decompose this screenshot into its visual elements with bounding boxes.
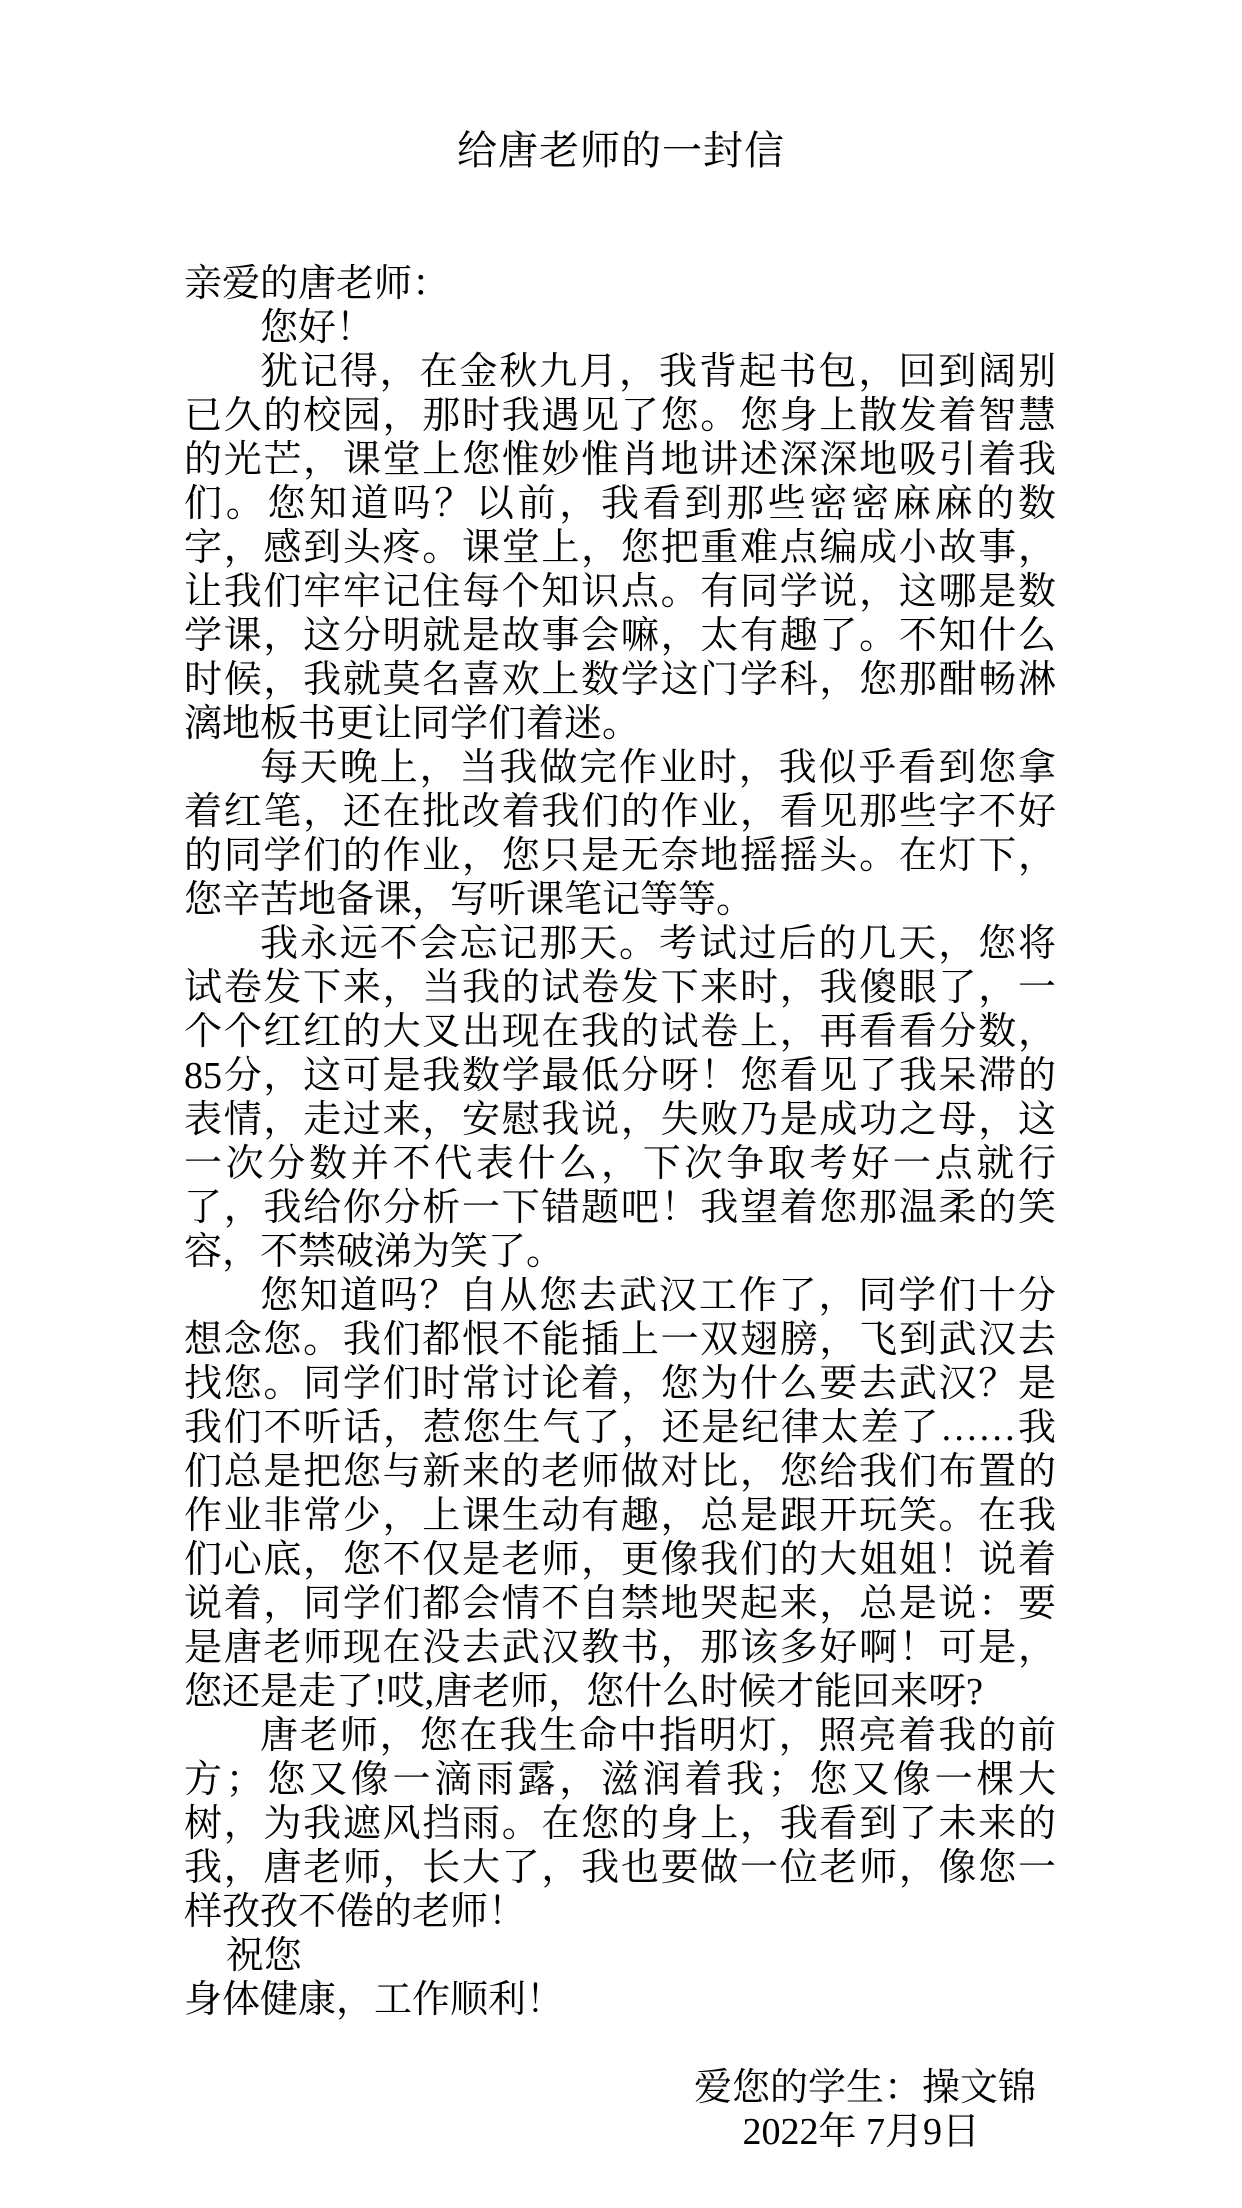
paragraph-gratitude: 唐老师，您在我生命中指明灯，照亮着我的前方；您又像一滴雨露，滋润着我；您又像一棵… <box>184 1714 1056 1934</box>
paragraph-memory: 犹记得，在金秋九月，我背起书包，回到阔别已久的校园，那时我遇见了您。您身上散发着… <box>184 350 1056 746</box>
paragraph-evenings: 每天晚上，当我做完作业时，我似乎看到您拿着红笔，还在批改着我们的作业，看见那些字… <box>184 746 1056 922</box>
signature-block: 爱您的学生：操文锦 2022年 7月9日 <box>0 2066 1242 2154</box>
paragraph-exam: 我永远不会忘记那天。考试过后的几天，您将试卷发下来，当我的试卷发下来时，我傻眼了… <box>184 922 1056 1274</box>
letter-document: 给唐老师的一封信 亲爱的唐老师： 您好！ 犹记得，在金秋九月，我背起书包，回到阔… <box>0 0 1242 2208</box>
date-line: 2022年 7月9日 <box>0 2110 1242 2154</box>
paragraph-missing-you: 您知道吗？自从您去武汉工作了，同学们十分想念您。我们都恨不能插上一双翅膀，飞到武… <box>184 1274 1056 1714</box>
wish-intro-line: 祝您 <box>184 1934 1056 1978</box>
wish-line: 身体健康，工作顺利！ <box>184 1978 1056 2022</box>
signature-line: 爱您的学生：操文锦 <box>0 2066 1242 2110</box>
letter-title: 给唐老师的一封信 <box>0 0 1242 174</box>
letter-body: 亲爱的唐老师： 您好！ 犹记得，在金秋九月，我背起书包，回到阔别已久的校园，那时… <box>184 262 1056 2022</box>
salutation: 亲爱的唐老师： <box>184 262 1056 306</box>
paragraph-greeting: 您好！ <box>184 306 1056 350</box>
